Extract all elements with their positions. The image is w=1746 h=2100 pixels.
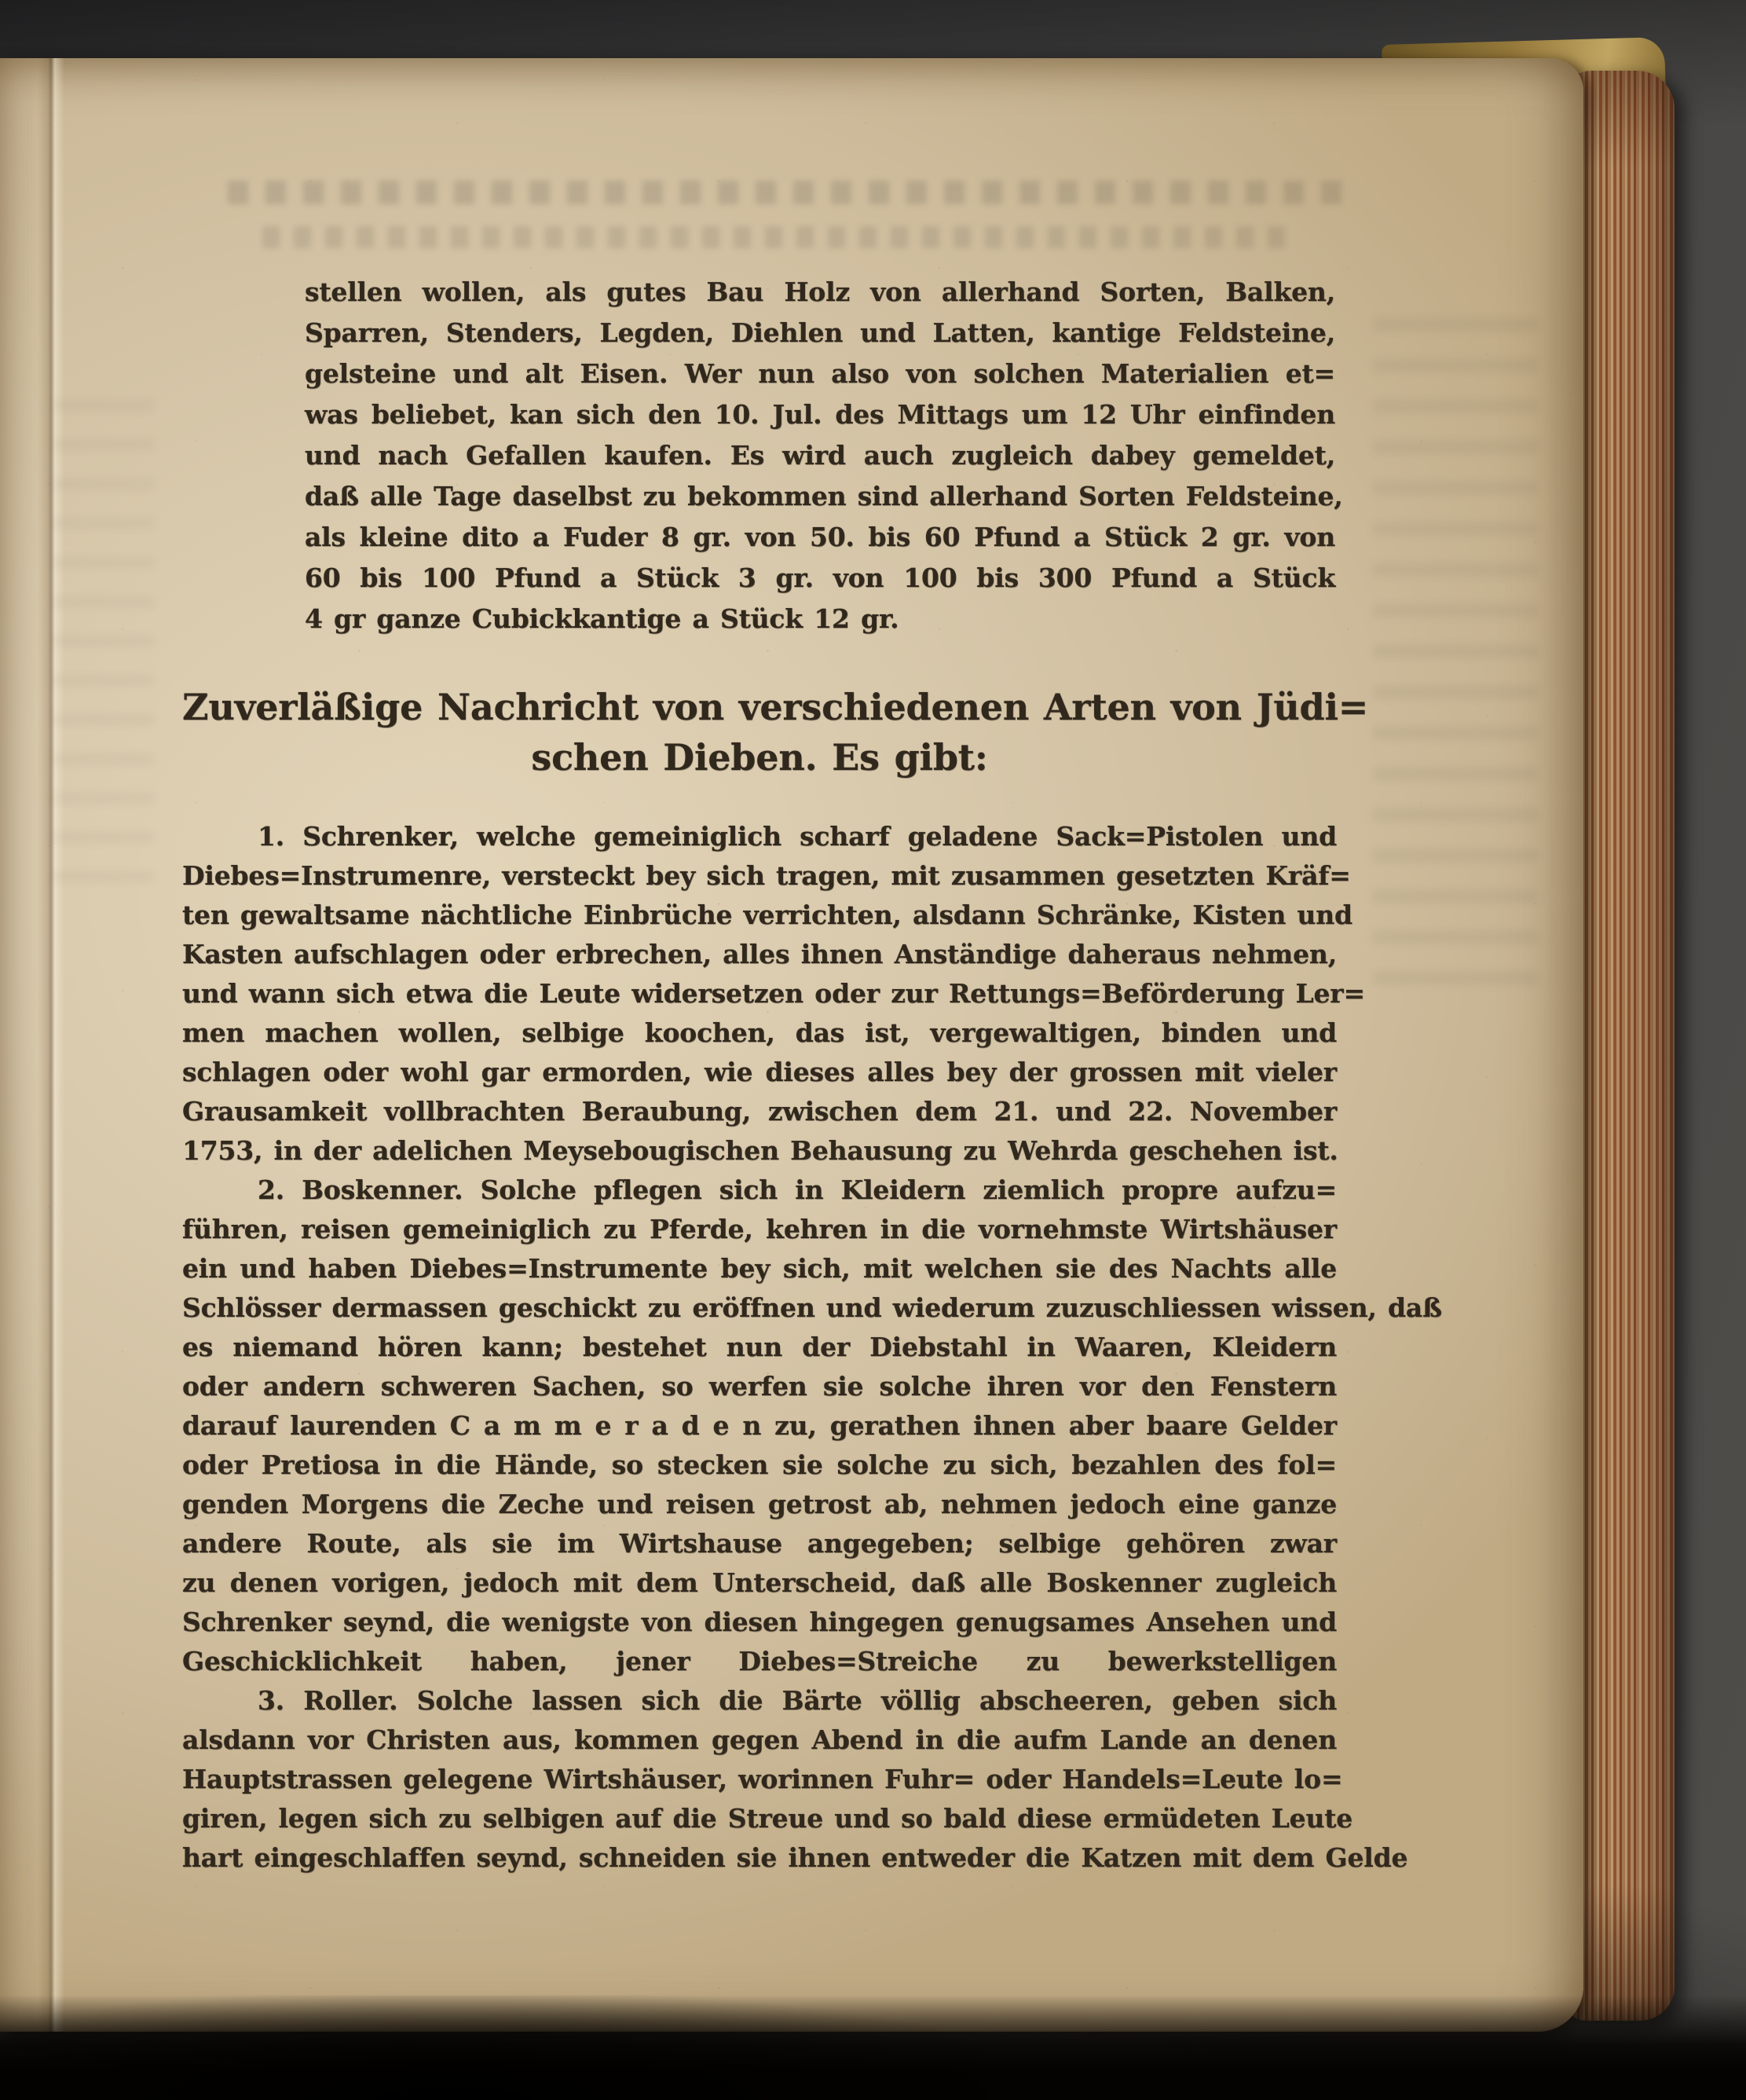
text-line: 1753, in der adelichen Meysebougischen B… xyxy=(182,1131,1337,1171)
page-text: stellen wollen, als gutes Bau Holz von a… xyxy=(182,272,1337,1878)
text-line: gelsteine und alt Eisen. Wer nun also vo… xyxy=(305,354,1335,394)
text-line: Kasten aufschlagen oder erbrechen, alles… xyxy=(182,935,1337,974)
text-line: hart eingeschlaffen seynd, schneiden sie… xyxy=(182,1838,1337,1878)
text-line: genden Morgens die Zeche und reisen getr… xyxy=(182,1485,1337,1524)
text-line: andere Route, als sie im Wirtshause ange… xyxy=(182,1524,1337,1563)
paragraph-roller: 3. Roller. Solche lassen sich die Bärte … xyxy=(182,1681,1337,1878)
book-shadow xyxy=(0,1996,1746,2100)
text-line: Schrenker seynd, die wenigste von diesen… xyxy=(182,1603,1337,1642)
paragraph-boskenner: 2. Boskenner. Solche pflegen sich in Kle… xyxy=(182,1171,1337,1681)
notice-paragraph: stellen wollen, als gutes Bau Holz von a… xyxy=(305,272,1335,640)
text-line: Hauptstrassen gelegene Wirtshäuser, wori… xyxy=(182,1760,1337,1799)
text-line: und nach Gefallen kaufen. Es wird auch z… xyxy=(305,435,1335,476)
text-line: 1. Schrenker, welche gemeiniglich scharf… xyxy=(182,817,1337,856)
ink-bleedthrough-left xyxy=(52,396,154,883)
text-line: alsdann vor Christen aus, kommen gegen A… xyxy=(182,1721,1337,1760)
text-line: Grausamkeit vollbrachten Beraubung, zwis… xyxy=(182,1092,1337,1131)
text-line: Diebes=Instrumenre, versteckt bey sich t… xyxy=(182,856,1337,896)
ink-bleedthrough-right xyxy=(1373,294,1538,985)
text-line: was beliebet, kan sich den 10. Jul. des … xyxy=(305,394,1335,435)
text-line: es niemand hören kann; bestehet nun der … xyxy=(182,1328,1337,1367)
ink-bleedthrough-top xyxy=(228,174,1343,266)
text-line: führen, reisen gemeiniglich zu Pferde, k… xyxy=(182,1210,1337,1249)
section-heading: Zuverläßige Nachricht von verschiedenen … xyxy=(182,682,1337,782)
text-line: darauf laurenden C a m m e r a d e n zu,… xyxy=(182,1406,1337,1446)
text-line: schen Dieben. Es gibt: xyxy=(182,732,1337,782)
text-line: 4 gr ganze Cubickkantige a Stück 12 gr. xyxy=(305,599,1335,640)
paragraph-schrenker: 1. Schrenker, welche gemeiniglich scharf… xyxy=(182,817,1337,1171)
text-line: giren, legen sich zu selbigen auf die St… xyxy=(182,1799,1337,1838)
text-line: oder Pretiosa in die Hände, so stecken s… xyxy=(182,1446,1337,1485)
text-line: als kleine dito a Fuder 8 gr. von 50. bi… xyxy=(305,517,1335,558)
text-line: Sparren, Stenders, Legden, Diehlen und L… xyxy=(305,313,1335,354)
gutter-crease xyxy=(38,58,64,2032)
text-line: ten gewaltsame nächtliche Einbrüche verr… xyxy=(182,896,1337,935)
text-line: ein und haben Diebes=Instrumente bey sic… xyxy=(182,1249,1337,1288)
text-line: 3. Roller. Solche lassen sich die Bärte … xyxy=(182,1681,1337,1721)
text-line: Zuverläßige Nachricht von verschiedenen … xyxy=(182,682,1337,732)
text-line: 60 bis 100 Pfund a Stück 3 gr. von 100 b… xyxy=(305,558,1335,599)
book-scan: stellen wollen, als gutes Bau Holz von a… xyxy=(0,0,1746,2100)
text-line: stellen wollen, als gutes Bau Holz von a… xyxy=(305,272,1335,313)
text-line: oder andern schweren Sachen, so werfen s… xyxy=(182,1367,1337,1406)
text-line: schlagen oder wohl gar ermorden, wie die… xyxy=(182,1053,1337,1092)
text-line: und wann sich etwa die Leute widersetzen… xyxy=(182,974,1337,1013)
text-line: men machen wollen, selbige koochen, das … xyxy=(182,1013,1337,1053)
text-line: Geschicklichkeit haben, jener Diebes=Str… xyxy=(182,1642,1337,1681)
book-page: stellen wollen, als gutes Bau Holz von a… xyxy=(0,58,1583,2032)
text-line: daß alle Tage daselbst zu bekommen sind … xyxy=(305,476,1335,517)
text-line: Schlösser dermassen geschickt zu eröffne… xyxy=(182,1288,1337,1328)
text-line: 2. Boskenner. Solche pflegen sich in Kle… xyxy=(182,1171,1337,1210)
text-line: zu denen vorigen, jedoch mit dem Untersc… xyxy=(182,1563,1337,1603)
